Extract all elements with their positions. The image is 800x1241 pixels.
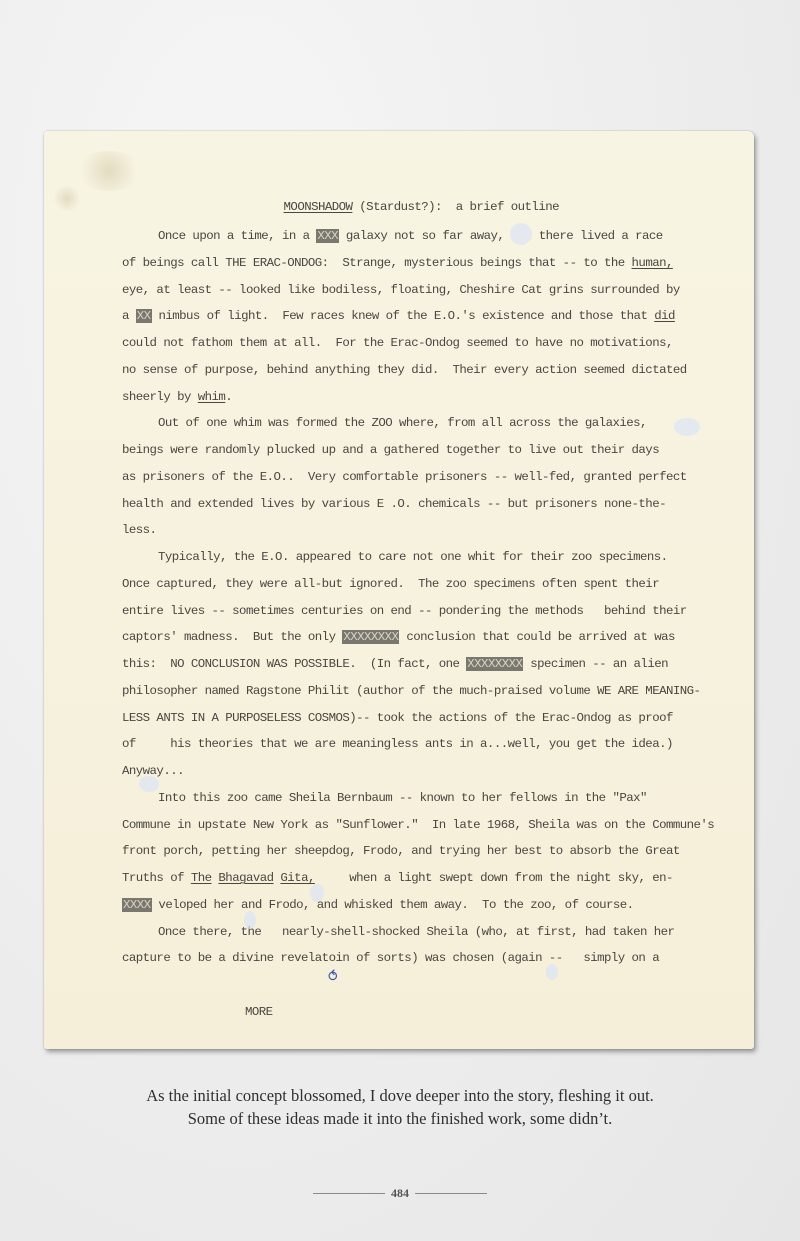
text-segment: as prisoners of the E.O.. Very comfortab…	[122, 470, 687, 484]
text-segment: galaxy not so far away, there lived a ra…	[339, 229, 663, 243]
pen-correction-mark: ⥀	[328, 969, 338, 985]
text-line: Truths of The Bhagavad Gita, when a ligh…	[122, 870, 754, 886]
text-line: Typically, the E.O. appeared to care not…	[158, 549, 754, 565]
text-segment: a	[122, 309, 136, 323]
text-line: eye, at least -- looked like bodiless, f…	[122, 282, 754, 298]
text-segment: health and extended lives by various E .…	[122, 497, 666, 511]
struck-out-text: XX	[136, 309, 152, 323]
text-segment: no sense of purpose, behind anything the…	[122, 363, 687, 377]
text-line: captors' madness. But the only XXXXXXXX …	[122, 629, 754, 645]
text-line: of his theories that we are meaningless …	[122, 736, 754, 752]
document-title: MOONSHADOW (Stardust?): a brief outline	[256, 183, 754, 231]
text-segment: Out of one whim was formed the ZOO where…	[158, 416, 647, 430]
page-folio: 484	[0, 1186, 800, 1201]
text-segment: specimen -- an alien	[523, 657, 668, 671]
underlined-text: Bhagavad	[218, 871, 273, 885]
correction-blot	[510, 223, 532, 245]
struck-out-text: XXXXXXXX	[466, 657, 523, 671]
text-line: as prisoners of the E.O.. Very comfortab…	[122, 469, 754, 485]
title-rest: (Stardust?): a brief outline	[352, 200, 559, 214]
text-segment: Once captured, they were all-but ignored…	[122, 577, 659, 591]
text-line: no sense of purpose, behind anything the…	[122, 362, 754, 378]
text-segment: this: NO CONCLUSION WAS POSSIBLE. (In fa…	[122, 657, 466, 671]
text-line: less.	[122, 522, 754, 538]
text-segment: eye, at least -- looked like bodiless, f…	[122, 283, 680, 297]
underlined-text: human,	[632, 256, 673, 270]
text-segment: front porch, petting her sheepdog, Frodo…	[122, 844, 680, 858]
text-line: of beings call THE ERAC-ONDOG: Strange, …	[122, 255, 754, 271]
text-segment: philosopher named Ragstone Philit (autho…	[122, 684, 700, 698]
text-segment: capture to be a divine revelatoin of sor…	[122, 951, 659, 965]
struck-out-text: XXXX	[122, 898, 152, 912]
paper-stain	[52, 186, 82, 211]
underlined-text: The	[191, 871, 212, 885]
text-segment: Once there, the nearly-shell-shocked She…	[158, 925, 674, 939]
text-line: health and extended lives by various E .…	[122, 496, 754, 512]
text-line: sheerly by whim.	[122, 389, 754, 405]
text-line: LESS ANTS IN A PURPOSELESS COSMOS)-- too…	[122, 710, 754, 726]
text-line: Into this zoo came Sheila Bernbaum -- kn…	[158, 790, 754, 806]
text-segment: LESS ANTS IN A PURPOSELESS COSMOS)-- too…	[122, 711, 673, 725]
title-underlined: MOONSHADOW	[284, 200, 353, 214]
text-line: Commune in upstate New York as "Sunflowe…	[122, 817, 754, 833]
text-segment: could not fathom them at all. For the Er…	[122, 336, 673, 350]
text-line: could not fathom them at all. For the Er…	[122, 335, 754, 351]
text-segment: .	[225, 390, 232, 404]
text-line: front porch, petting her sheepdog, Frodo…	[122, 843, 754, 859]
text-segment: nimbus of light. Few races knew of the E…	[152, 309, 655, 323]
text-segment: veloped her and Frodo, and whisked them …	[152, 898, 634, 912]
paper-stain	[74, 151, 144, 191]
correction-blot	[674, 418, 700, 436]
text-line: XXXX veloped her and Frodo, and whisked …	[122, 897, 754, 913]
text-segment: conclusion that could be arrived at was	[399, 630, 674, 644]
text-segment: beings were randomly plucked up and a ga…	[122, 443, 659, 457]
struck-out-text: XXXXXXXX	[342, 630, 399, 644]
text-segment: sheerly by	[122, 390, 198, 404]
folio-rule-left	[313, 1193, 385, 1194]
text-segment: captors' madness. But the only	[122, 630, 342, 644]
text-segment: Typically, the E.O. appeared to care not…	[158, 550, 668, 564]
text-segment: Commune in upstate New York as "Sunflowe…	[122, 818, 714, 832]
text-line: beings were randomly plucked up and a ga…	[122, 442, 754, 458]
caption-line-1: As the initial concept blossomed, I dove…	[0, 1084, 800, 1107]
correction-blot	[310, 884, 324, 902]
text-line: capture to be a divine revelatoin of sor…	[122, 950, 754, 966]
text-segment: of beings call THE ERAC-ONDOG: Strange, …	[122, 256, 632, 270]
underlined-text: whim	[198, 390, 226, 404]
underlined-text: Gita,	[280, 871, 314, 885]
text-line: this: NO CONCLUSION WAS POSSIBLE. (In fa…	[122, 656, 754, 672]
struck-out-text: XXX	[316, 229, 339, 243]
more-marker: MORE	[245, 1004, 754, 1020]
caption-line-2: Some of these ideas made it into the fin…	[0, 1107, 800, 1130]
text-line: Out of one whim was formed the ZOO where…	[158, 415, 754, 431]
correction-blot	[244, 911, 256, 929]
correction-blot	[139, 776, 159, 792]
folio-rule-right	[415, 1193, 487, 1194]
correction-blot	[546, 964, 558, 980]
text-segment: Into this zoo came Sheila Bernbaum -- kn…	[158, 791, 647, 805]
text-segment: of his theories that we are meaningless …	[122, 737, 673, 751]
text-segment: Truths of	[122, 871, 191, 885]
text-segment: Once upon a time, in a	[158, 229, 316, 243]
text-segment: entire lives -- sometimes centuries on e…	[122, 604, 687, 618]
text-line: Anyway...	[122, 763, 754, 779]
text-line: entire lives -- sometimes centuries on e…	[122, 603, 754, 619]
underlined-text: did	[654, 309, 675, 323]
text-segment: less.	[122, 523, 156, 537]
text-line: a XX nimbus of light. Few races knew of …	[122, 308, 754, 324]
page-number: 484	[391, 1186, 409, 1201]
text-line: Once upon a time, in a XXX galaxy not so…	[158, 228, 754, 244]
typewritten-page: MOONSHADOW (Stardust?): a brief outline …	[44, 131, 754, 1049]
text-line: philosopher named Ragstone Philit (autho…	[122, 683, 754, 699]
text-segment: when a light swept down from the night s…	[315, 871, 673, 885]
text-line: Once captured, they were all-but ignored…	[122, 576, 754, 592]
caption: As the initial concept blossomed, I dove…	[0, 1084, 800, 1130]
